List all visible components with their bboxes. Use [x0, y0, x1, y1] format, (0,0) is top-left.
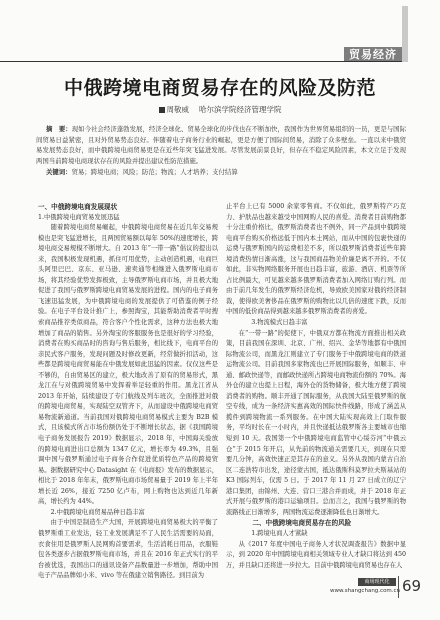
paragraph: 从《2017 年度中国电子商务人才状况调查报告》数据中显示，到 2020 年中国… — [226, 540, 406, 572]
right-column: 止平台上已有 5000 余家零售商。不仅如此，俄罗斯特产巧克力、护肤品也越来越受… — [226, 202, 406, 571]
subsection-heading-1-2: 2.中俄跨境电商贸易品种日趋丰富 — [38, 508, 218, 519]
page-number: 69 — [402, 577, 421, 595]
keywords-label: 关键词： — [46, 168, 72, 176]
left-column: 一、中俄跨境电商发展现状 1.中俄跨境电商贸易发展迅猛 随着跨境电商贸易崛起，中… — [38, 202, 218, 582]
square-bullet-icon — [159, 107, 165, 113]
side-decor-bar — [402, 6, 408, 62]
author-name: 周敬威 — [167, 105, 190, 114]
abstract: 摘 要：现如今社会经济蓬勃发展，经济全球化、贸易全球化的步伐也在不断加快，我国作… — [36, 124, 406, 178]
header-rule — [0, 61, 402, 62]
journal-page: 贸易经济 中俄跨境电商贸易存在的风险及防范 周敬威哈尔滨学院经济管理学院 摘 要… — [0, 0, 440, 620]
subsection-heading-1-1: 1.中俄跨境电商贸易发展迅猛 — [38, 213, 218, 224]
subsection-heading-2-1: 1.跨境电商人才紧缺 — [226, 529, 406, 540]
paragraph: 止平台上已有 5000 余家零售商。不仅如此，俄罗斯特产巧克力、护肤品也越来越受… — [226, 202, 406, 318]
paragraph: 由于中国是制造生产大国，开展跨境电商贸易极大的平衡了俄罗斯重工业发达，轻工业发展… — [38, 518, 218, 581]
footer-divider — [398, 576, 399, 598]
paragraph: 随着跨境电商贸易崛起，中俄跨境电商贸易在近几年交易规模也是突飞猛进增长，且两国贸… — [38, 223, 218, 508]
abstract-text: 现如今社会经济蓬勃发展，经济全球化、贸易全球化的步伐也在不断加快，我国作为世界贸… — [36, 125, 406, 165]
journal-url: www.shangchang.com.cn — [330, 588, 400, 594]
author-line: 周敬威哈尔滨学院经济管理学院 — [0, 104, 440, 115]
journal-badge: 商场现代化 — [358, 578, 396, 586]
section-heading-2: 二、中俄跨境电商贸易存在的风险 — [226, 518, 406, 529]
paragraph: 在“一带一路”的促使下，中俄双方都在物流方面推出相关政策，目前我国在深圳、北京、… — [226, 329, 406, 519]
section-heading-1: 一、中俄跨境电商发展现状 — [38, 202, 218, 213]
affiliation: 哈尔滨学院经济管理学院 — [199, 105, 282, 114]
abstract-label: 摘 要： — [46, 125, 72, 133]
keywords: 关键词：贸易；跨境电商；风险；防范；物流；人才培养；支付结算 — [36, 167, 406, 178]
section-tag: 贸易经济 — [344, 47, 402, 62]
abstract-body: 摘 要：现如今社会经济蓬勃发展，经济全球化、贸易全球化的步伐也在不断加快，我国作… — [36, 124, 406, 166]
subsection-heading-1-3: 3.物流模式日趋丰富 — [226, 318, 406, 329]
keywords-text: 贸易；跨境电商；风险；防范；物流；人才培养；支付结算 — [72, 168, 238, 176]
article-title: 中俄跨境电商贸易存在的风险及防范 — [0, 73, 440, 100]
